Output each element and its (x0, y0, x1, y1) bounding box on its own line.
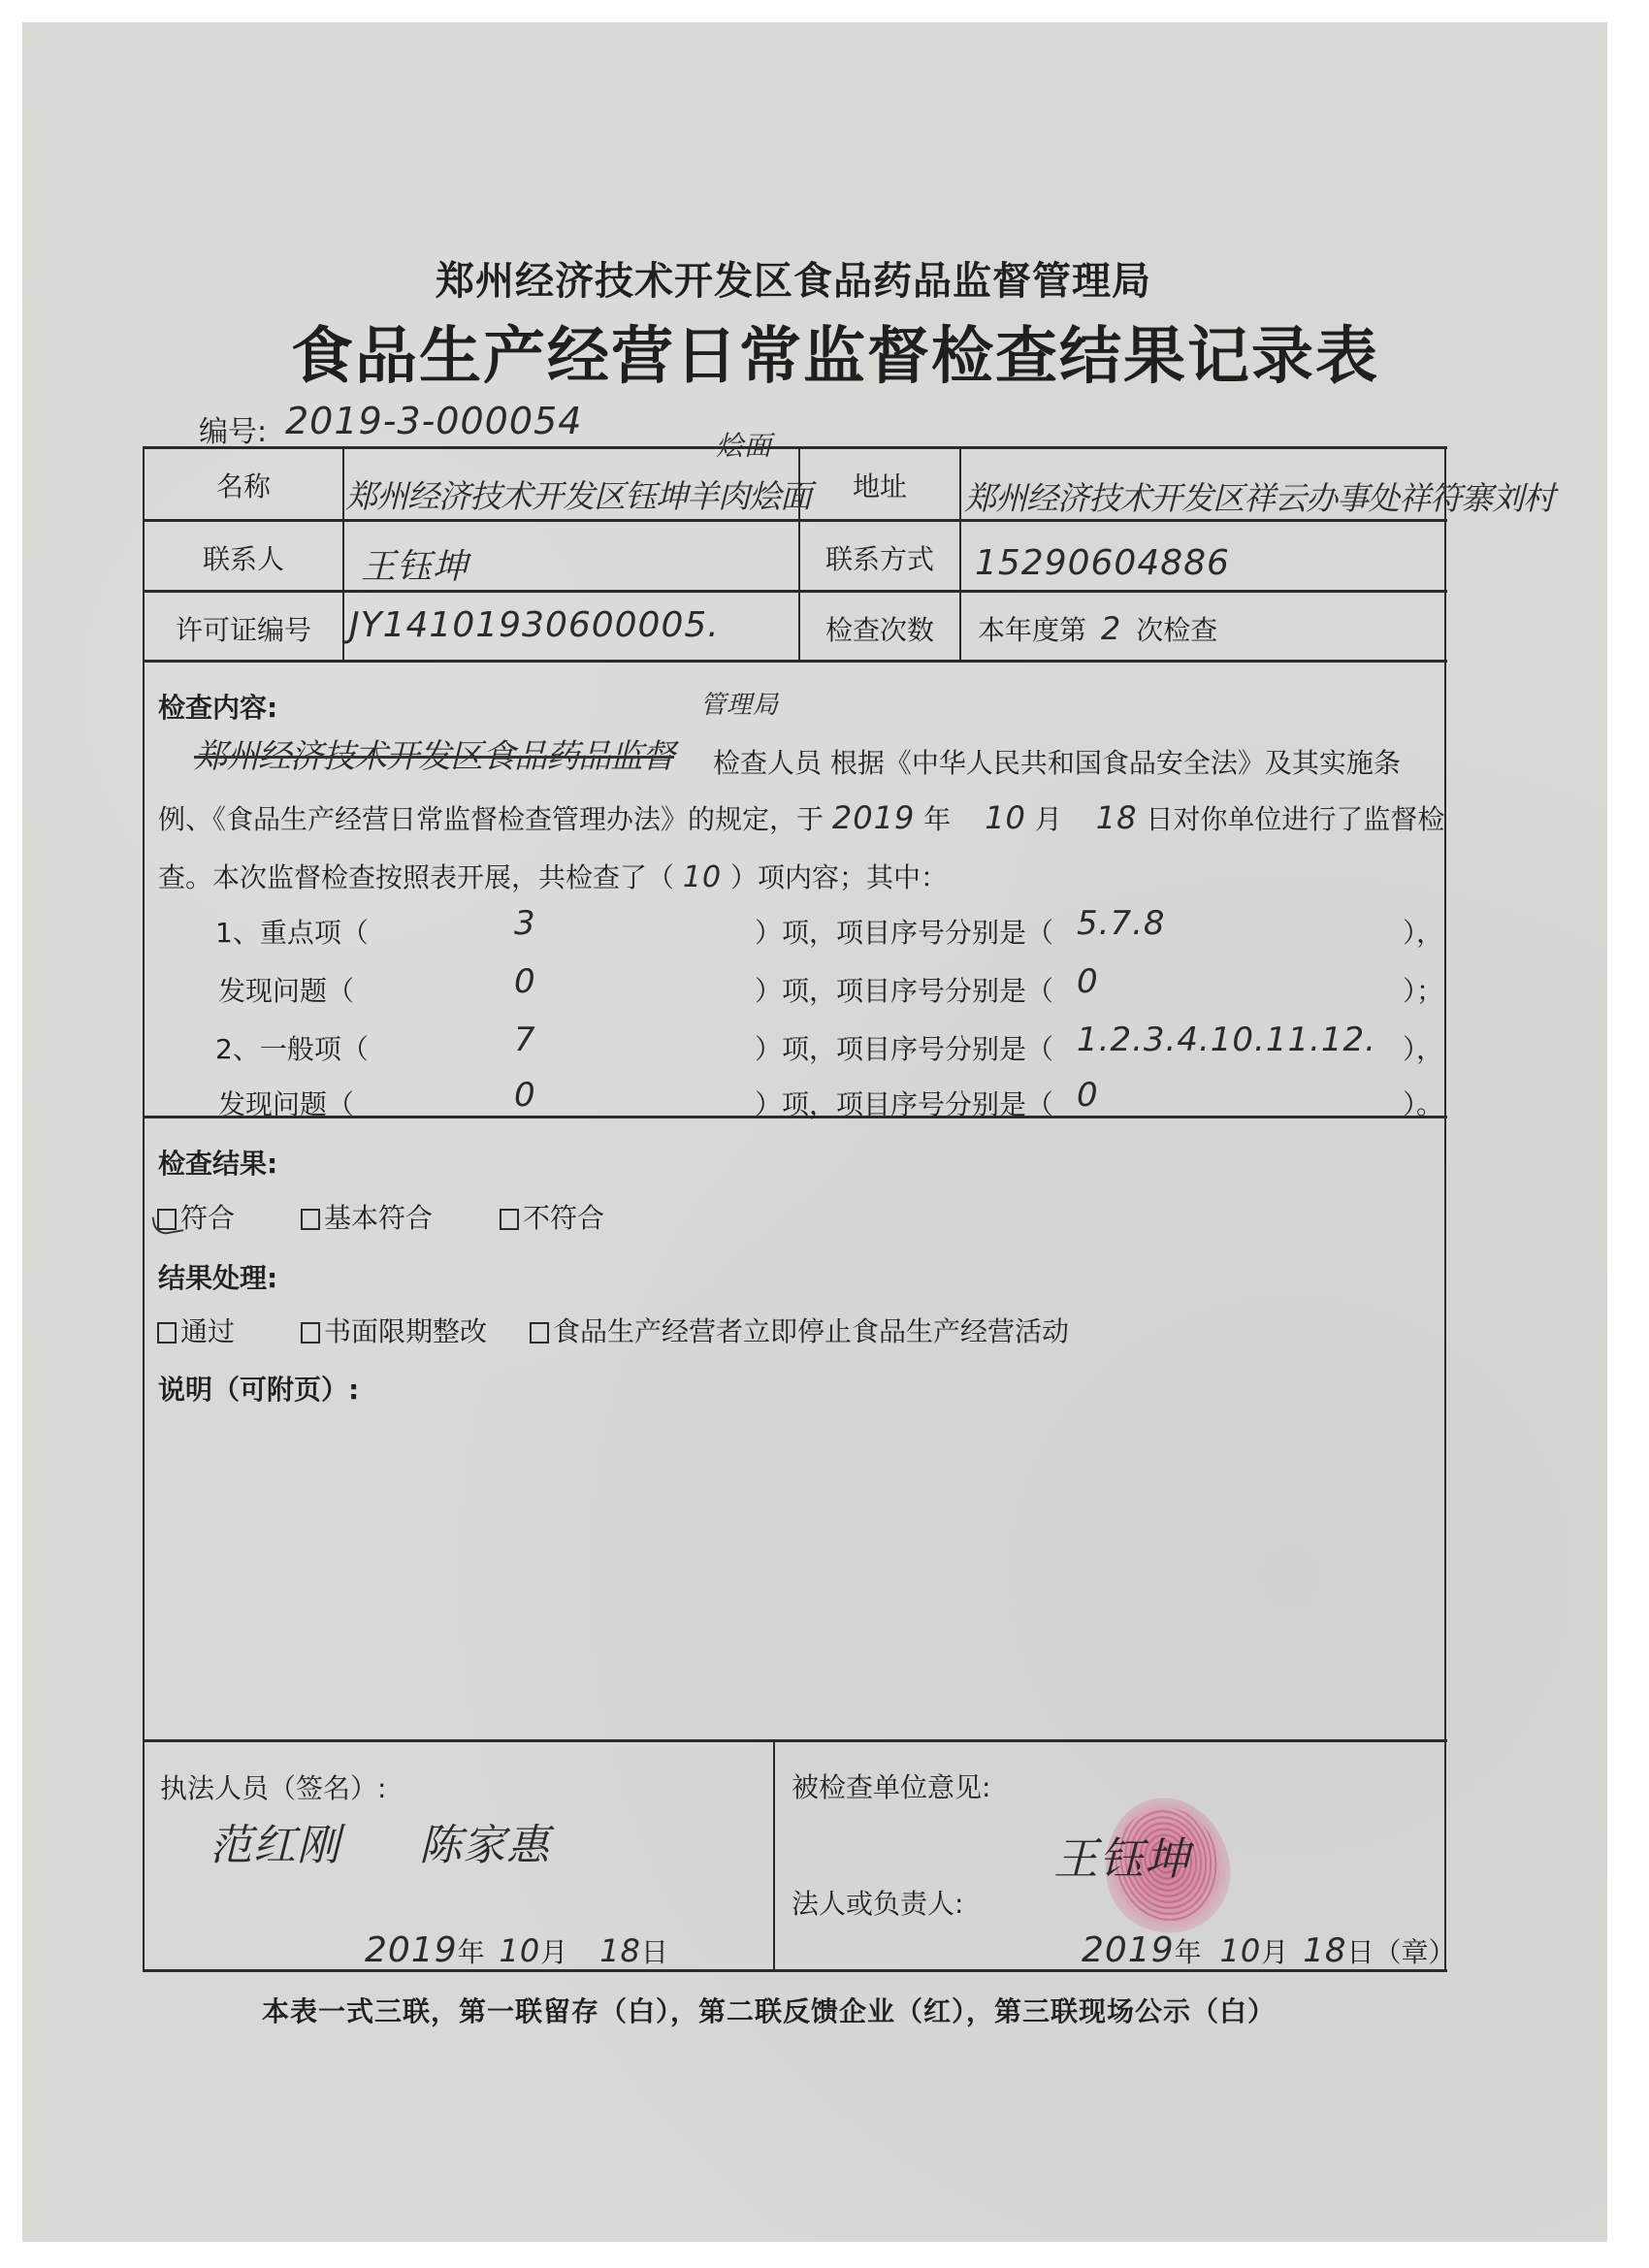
inspection-text-line2: 例、《食品生产经营日常监督检查管理办法》的规定，于 2019 年 10 月 18… (158, 798, 1444, 837)
item-row-seq-label: ）项，项目序号分别是（ (755, 1028, 1053, 1067)
inspection-section-label: 检查内容: (158, 687, 277, 726)
agency-insert: 管理局 (700, 685, 779, 721)
contact-label: 联系人 (145, 538, 342, 577)
notes-label: 说明（可附页）: (158, 1369, 359, 1408)
col-divider (342, 446, 344, 662)
result-option[interactable]: 基本符合 (301, 1197, 433, 1236)
inspection-year[interactable]: 2019 (832, 799, 915, 836)
unit-date-year-unit: 年 (1175, 1936, 1202, 1968)
item-row-end: ）， (1403, 1028, 1443, 1067)
checkbox-icon[interactable] (500, 1209, 519, 1230)
legal-rep-label: 法人或负责人: (792, 1883, 963, 1922)
line2-prefix: 例、《食品生产经营日常监督检查管理办法》的规定，于 (158, 803, 824, 835)
item-row-seq-label: ）项，项目序号分别是（ (755, 970, 1053, 1009)
col-divider (959, 446, 961, 662)
item-row-end: ）， (1403, 912, 1443, 951)
handling-section-label: 结果处理: (158, 1257, 277, 1296)
checkbox-icon[interactable] (301, 1209, 320, 1230)
option-label: 符合 (180, 1202, 235, 1234)
row-divider (143, 590, 1447, 593)
item-row-seq-label: ）项，项目序号分别是（ (755, 912, 1053, 951)
col-divider (773, 1739, 775, 1972)
inspection-day[interactable]: 18 (1071, 799, 1138, 836)
license-value[interactable]: JY14101930600005. (349, 605, 720, 645)
item-row-seq-label: ）项，项目序号分别是（ (755, 1084, 1053, 1122)
unit-opinion-label: 被检查单位意见: (792, 1766, 990, 1805)
count-suffix: 次检查 (1136, 614, 1217, 646)
unit-date: 2019年 10月 18日（章） (1082, 1930, 1455, 1970)
result-section-label: 检查结果: (158, 1143, 277, 1182)
checkbox-checked-icon[interactable] (157, 1209, 177, 1230)
item-row-seq[interactable]: 5.7.8 (1077, 904, 1166, 943)
row-divider (143, 519, 1447, 522)
total-items[interactable]: 10 (683, 860, 722, 894)
item-row-label: 2、一般项（ (215, 1028, 369, 1067)
unit-date-day-unit: 日 (1346, 1936, 1374, 1968)
officer-signature-2[interactable]: 陈家惠 (419, 1810, 550, 1872)
option-label: 通过 (180, 1315, 235, 1347)
table-right-border (1444, 446, 1446, 1972)
section-divider (143, 1739, 1447, 1742)
table-top-border (143, 446, 1447, 449)
item-row-count[interactable]: 3 (514, 904, 536, 943)
item-row-end: ）。 (1403, 1084, 1443, 1122)
agency-title: 郑州经济技术开发区食品药品监督管理局 (405, 250, 1181, 306)
legal-rep-signature[interactable]: 王钰坤 (1053, 1824, 1190, 1888)
unit-date-year[interactable]: 2019 (1082, 1930, 1175, 1970)
officers-date-year[interactable]: 2019 (365, 1930, 458, 1970)
month-unit: 月 (1035, 803, 1062, 835)
address-label: 地址 (800, 466, 959, 504)
phone-value[interactable]: 15290604886 (975, 543, 1230, 583)
year-unit: 年 (923, 803, 951, 835)
seal-label: （章） (1374, 1936, 1455, 1968)
item-row-label: 发现问题（ (218, 1084, 354, 1122)
inspection-month[interactable]: 10 (959, 799, 1026, 836)
option-label: 不符合 (523, 1202, 604, 1234)
item-row-label: 1、重点项（ (215, 912, 369, 951)
unit-date-month[interactable]: 10 (1211, 1932, 1262, 1969)
serial-label: 编号: (199, 407, 267, 450)
copies-note: 本表一式三联，第一联留存（白），第二联反馈企业（红），第三联现场公示（白） (262, 1991, 1276, 2029)
item-row-count[interactable]: 0 (514, 962, 536, 1001)
inspection-text-line1: 检查人员 根据《中华人民共和国食品安全法》及其实施条 (713, 742, 1401, 781)
officers-date: 2019年 10月 18日 (365, 1930, 668, 1970)
count-prefix: 本年度第 (978, 614, 1086, 646)
option-label: 基本符合 (324, 1202, 433, 1234)
checkbox-icon[interactable] (301, 1322, 320, 1344)
inspection-count-label: 检查次数 (800, 609, 959, 648)
contact-value[interactable]: 王钰坤 (361, 539, 469, 589)
inspecting-agency-value[interactable]: 郑州经济技术开发区食品药品监督 (194, 729, 674, 777)
inspection-text-line3: 查。本次监督检查按照表开展，共检查了（ 10 ）项内容；其中： (158, 857, 948, 895)
item-row-label: 发现问题（ (218, 970, 354, 1009)
officers-date-day[interactable]: 18 (576, 1932, 641, 1969)
name-value[interactable]: 郑州经济技术开发区钰坤羊肉烩面 (345, 471, 811, 517)
officers-label: 执法人员（签名）: (160, 1767, 386, 1806)
result-option[interactable]: 不符合 (500, 1197, 604, 1236)
item-row-count[interactable]: 0 (514, 1076, 536, 1115)
license-label: 许可证编号 (145, 609, 342, 648)
handling-option[interactable]: 通过 (157, 1311, 235, 1349)
serial-value[interactable]: 2019-3-000054 (285, 400, 582, 442)
handling-option[interactable]: 书面限期整改 (301, 1311, 487, 1349)
inspection-count: 本年度第 2 次检查 (978, 609, 1217, 648)
line3-prefix: 查。本次监督检查按照表开展，共检查了（ (158, 861, 674, 893)
handling-option[interactable]: 食品生产经营者立即停止食品生产经营活动 (530, 1311, 1069, 1349)
result-option[interactable]: 符合 (157, 1197, 235, 1236)
item-row-seq[interactable]: 0 (1077, 1076, 1099, 1115)
count-value[interactable]: 2 (1095, 610, 1127, 647)
unit-date-day[interactable]: 18 (1297, 1931, 1346, 1970)
row-divider (143, 660, 1447, 663)
phone-label: 联系方式 (800, 538, 959, 577)
checkbox-icon[interactable] (157, 1322, 177, 1344)
name-insert: 烩面 (716, 425, 772, 464)
officers-date-month-unit: 月 (540, 1936, 567, 1968)
notes-area[interactable] (158, 1416, 1429, 1727)
officers-date-year-unit: 年 (458, 1936, 485, 1968)
checkbox-icon[interactable] (530, 1322, 549, 1344)
option-label: 书面限期整改 (324, 1315, 487, 1347)
officer-signature-1[interactable]: 范红刚 (210, 1810, 340, 1872)
address-value[interactable]: 郑州经济技术开发区祥云办事处祥符寨刘村 (964, 473, 1554, 519)
option-label: 食品生产经营者立即停止食品生产经营活动 (553, 1315, 1069, 1347)
line3-suffix: ）项内容；其中： (730, 861, 948, 893)
item-row-end: ）； (1403, 970, 1443, 1009)
officers-date-day-unit: 日 (641, 1936, 668, 1968)
item-row-seq[interactable]: 1.2.3.4.10.11.12. (1077, 1021, 1376, 1059)
item-row-count[interactable]: 7 (514, 1021, 536, 1059)
line2-suffix: 日对你单位进行了监督检 (1146, 803, 1444, 835)
item-row-seq[interactable]: 0 (1077, 962, 1099, 1001)
form-title: 食品生产经营日常监督检查结果记录表 (291, 307, 1300, 396)
officers-date-month[interactable]: 10 (494, 1932, 541, 1969)
name-label: 名称 (145, 466, 342, 504)
unit-date-month-unit: 月 (1261, 1936, 1288, 1968)
table-left-border (143, 446, 145, 1972)
